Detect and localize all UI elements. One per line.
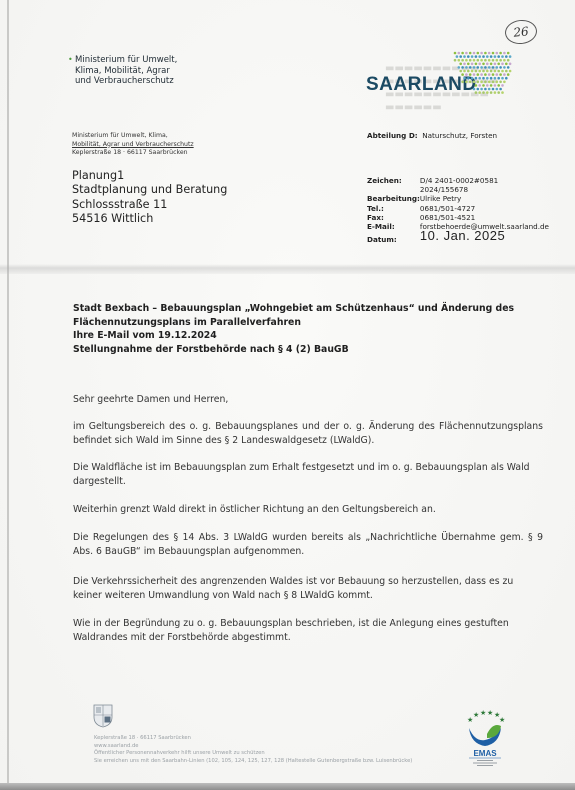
saarland-coat-of-arms-icon — [93, 704, 113, 728]
reference-block: Zeichen:D/4 2401-0002#0581 2024/155678 B… — [367, 176, 549, 244]
footer: Keplerstraße 18 · 66117 Saarbrücken www.… — [94, 735, 412, 765]
svg-text:★: ★ — [487, 710, 493, 717]
svg-text:★: ★ — [499, 716, 505, 724]
subject: Stadt Bexbach – Bebauungsplan „Wohngebie… — [73, 302, 543, 356]
fold-line — [0, 264, 575, 274]
ministry-name: • Ministerium für Umwelt, Klima, Mobilit… — [75, 55, 177, 87]
emas-logo-icon: ★ ★ ★ ★ ★ ★ EMAS — [463, 710, 507, 770]
handwritten-page-number: 26 — [504, 18, 538, 45]
ministry-bullet-icon: • — [68, 55, 73, 66]
paragraph: Weiterhin grenzt Wald direkt in östliche… — [73, 503, 543, 517]
scan-left-edge — [7, 0, 9, 790]
paragraph: Wie in der Begründung zu o. g. Bebauungs… — [73, 617, 543, 644]
svg-text:★: ★ — [480, 710, 486, 717]
date-stamp: 10. Jan. 2025 — [420, 231, 549, 244]
salutation: Sehr geehrte Damen und Herren, — [73, 393, 543, 407]
scan-bottom-edge — [0, 783, 575, 790]
department: Abteilung D: Naturschutz, Forsten — [367, 131, 497, 140]
paragraph: Die Verkehrssicherheit des angrenzenden … — [73, 575, 543, 602]
paragraph: Die Waldfläche ist im Bebauungsplan zum … — [73, 461, 543, 488]
saarland-map-logo-icon — [452, 50, 512, 98]
recipient-address: Planung1 Stadtplanung und Beratung Schlo… — [72, 169, 227, 227]
paragraph: im Geltungsbereich des o. g. Bebauungspl… — [73, 420, 543, 447]
paragraph: Die Regelungen des § 14 Abs. 3 LWaldG wu… — [73, 531, 543, 558]
letter-page: ▬▬▬▬▬▬▬▬▬▬▬▬▬▬▬▬▬▬▬▬▬▬▬▬▬▬▬▬▬▬▬▬▬▬▬▬▬▬▬▬… — [0, 0, 575, 790]
svg-text:★: ★ — [473, 711, 479, 719]
sender-return-address: Ministerium für Umwelt, Klima, Mobilität… — [72, 132, 194, 158]
website-link: www.saarland.de — [94, 743, 412, 751]
svg-text:EMAS: EMAS — [473, 749, 497, 758]
